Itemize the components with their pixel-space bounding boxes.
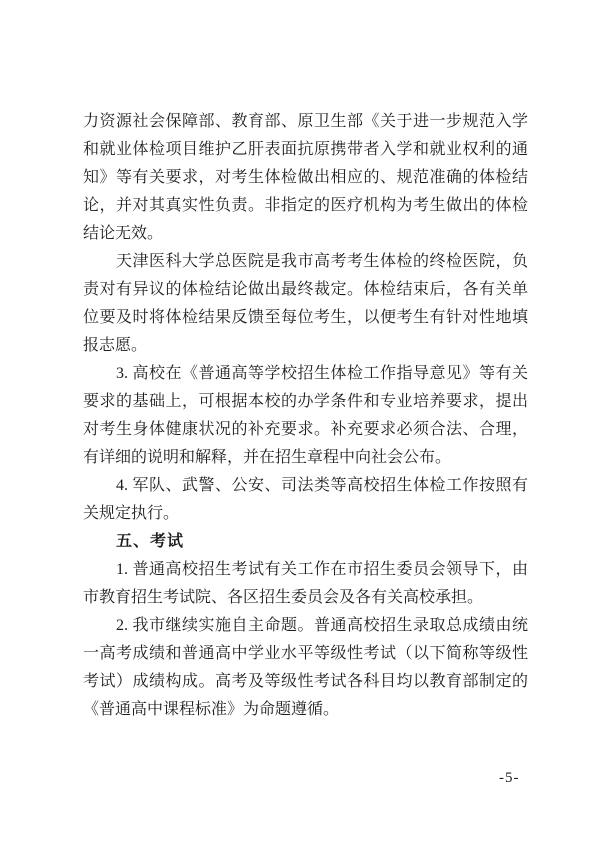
text-line: 考试）成绩构成。高考及等级性考试各科目均以教育部制定的 — [83, 668, 528, 696]
text-line: 要求的基础上，可根据本校的办学条件和专业培养要求，提出 — [83, 388, 528, 416]
text-line: 4. 军队、武警、公安、司法类等高校招生体检工作按照有 — [83, 472, 528, 500]
text-line: 一高考成绩和普通高中学业水平等级性考试（以下简称等级性 — [83, 640, 528, 668]
text-line: 天津医科大学总医院是我市高考考生体检的终检医院，负 — [83, 248, 528, 276]
text-line: 结论无效。 — [83, 220, 528, 248]
text-line: 力资源社会保障部、教育部、原卫生部《关于进一步规范入学 — [83, 108, 528, 136]
text-line: 《普通高中课程标准》为命题遵循。 — [83, 696, 528, 724]
document-page: 力资源社会保障部、教育部、原卫生部《关于进一步规范入学和就业体检项目维护乙肝表面… — [0, 0, 595, 842]
text-line: 市教育招生考试院、各区招生委员会及各有关高校承担。 — [83, 584, 528, 612]
document-body: 力资源社会保障部、教育部、原卫生部《关于进一步规范入学和就业体检项目维护乙肝表面… — [83, 108, 528, 724]
heading-section-5-examination: 五、考试 — [83, 528, 528, 556]
text-line: 责对有异议的体检结论做出最终裁定。体检结束后，各有关单 — [83, 276, 528, 304]
text-line: 关规定执行。 — [83, 500, 528, 528]
text-line: 知》等有关要求，对考生体检做出相应的、规范准确的体检结 — [83, 164, 528, 192]
page-number: -5- — [499, 769, 520, 787]
text-line: 报志愿。 — [83, 332, 528, 360]
para-item-3-college-supplementary: 3. 高校在《普通高等学校招生体检工作指导意见》等有关要求的基础上，可根据本校的… — [83, 360, 528, 472]
text-line: 和就业体检项目维护乙肝表面抗原携带者入学和就业权利的通 — [83, 136, 528, 164]
text-line: 3. 高校在《普通高等学校招生体检工作指导意见》等有关 — [83, 360, 528, 388]
text-line: 位要及时将体检结果反馈至每位考生，以便考生有针对性地填 — [83, 304, 528, 332]
para-item-4-military-police: 4. 军队、武警、公安、司法类等高校招生体检工作按照有关规定执行。 — [83, 472, 528, 528]
text-line: 五、考试 — [83, 528, 528, 556]
para-item-1-exam-organization: 1. 普通高校招生考试有关工作在市招生委员会领导下，由市教育招生考试院、各区招生… — [83, 556, 528, 612]
text-line: 对考生身体健康状况的补充要求。补充要求必须合法、合理， — [83, 416, 528, 444]
para-medical-exam-conclusion: 力资源社会保障部、教育部、原卫生部《关于进一步规范入学和就业体检项目维护乙肝表面… — [83, 108, 528, 248]
para-item-2-self-proposition: 2. 我市继续实施自主命题。普通高校招生录取总成绩由统一高考成绩和普通高中学业水… — [83, 612, 528, 724]
text-line: 1. 普通高校招生考试有关工作在市招生委员会领导下，由 — [83, 556, 528, 584]
para-final-exam-hospital: 天津医科大学总医院是我市高考考生体检的终检医院，负责对有异议的体检结论做出最终裁… — [83, 248, 528, 360]
text-line: 有详细的说明和解释，并在招生章程中向社会公布。 — [83, 444, 528, 472]
text-line: 论，并对其真实性负责。非指定的医疗机构为考生做出的体检 — [83, 192, 528, 220]
text-line: 2. 我市继续实施自主命题。普通高校招生录取总成绩由统 — [83, 612, 528, 640]
